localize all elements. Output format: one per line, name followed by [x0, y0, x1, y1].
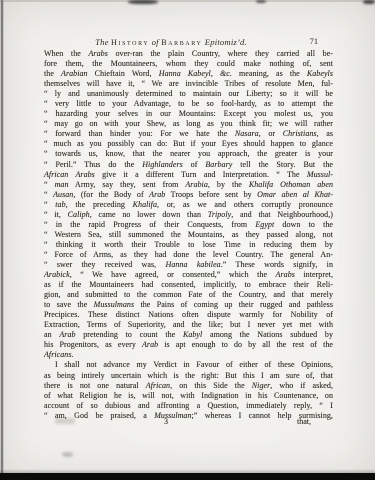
text-line: When the Arabs over-ran the plain Countr…: [44, 49, 333, 59]
scan-left-edge: [1, 0, 3, 480]
text-line: “ man Army, say they, sent from Arabia, …: [44, 180, 333, 190]
scan-smudge: [256, 0, 266, 3]
text-line: “ towards us, know, that the nearer you …: [44, 149, 333, 159]
running-header-title: The History of Barbary Epitomiz’d.: [44, 36, 298, 49]
header-title-segment: The: [95, 37, 111, 47]
scan-bottom-edge: [0, 473, 375, 480]
signature-mark: 3: [164, 416, 168, 427]
text-line: “ tab, the preceding Khalifa, or, as we …: [44, 200, 333, 210]
text-line: “ hazarding your selves in our Mountains…: [44, 109, 333, 119]
text-line: African Arabs give it a different Turn a…: [44, 170, 333, 180]
scanned-book-page: The History of Barbary Epitomiz’d. 71 Wh…: [0, 0, 375, 480]
text-line: fore them, the Mountaineers, whom they c…: [44, 59, 333, 69]
header-title-segment: Epitomiz’d.: [202, 37, 246, 47]
text-line: account of so dubious and affronting a Q…: [44, 401, 333, 411]
text-line: I shall not advance my Verdict in Favour…: [44, 360, 333, 370]
text-line: Extraction, Terms of Superiority, and th…: [44, 320, 333, 330]
footer-line: 3 that,: [44, 416, 333, 427]
text-line: an Arab pretending to count the Kabyl am…: [44, 330, 333, 340]
text-line: Arabick, “ We have agreed, or consented,…: [44, 270, 333, 280]
text-line: “ forward than hinder you: For we hate t…: [44, 129, 333, 139]
page-number: 71: [310, 36, 318, 48]
text-line: “ in the rapid Progress of their Conques…: [44, 220, 333, 230]
text-line: his Progenitors, as every Arab is apt en…: [44, 340, 333, 350]
text-line: “ ly and unanimously determined to maint…: [44, 89, 333, 99]
body-text: When the Arabs over-ran the plain Countr…: [44, 49, 333, 421]
scan-smudge: [62, 452, 73, 457]
running-header: The History of Barbary Epitomiz’d. 71: [44, 36, 332, 48]
text-line: “ much as you possibly can do: But if yo…: [44, 139, 333, 149]
text-line: Precipices. These distinct Nations often…: [44, 310, 333, 320]
text-line: gion, and submitted to the common Fate o…: [44, 290, 333, 300]
text-line: “ Ausan, (for the Body of Arab Troops be…: [44, 190, 333, 200]
text-line: of what Religion he is, will not, with I…: [44, 391, 333, 401]
text-line: themselves will have it, “ We are invinc…: [44, 79, 333, 89]
text-line: “ Force of Arms, as they had done the le…: [44, 250, 333, 260]
text-line: “ very little to your Advantage, to be s…: [44, 99, 333, 109]
text-line: Africans.: [44, 350, 333, 360]
text-line: “ Western Sea, still summoned the Mounta…: [44, 230, 333, 240]
scan-top-edge: [0, 0, 375, 2]
text-line: “ it, Caliph, came no lower down than Tr…: [44, 210, 333, 220]
text-line: there is not one natural African, on thi…: [44, 381, 333, 391]
catchword: that,: [297, 416, 311, 427]
text-line: “ Peril.” Thus do the Highlanders of Bar…: [44, 160, 333, 170]
text-line: the Arabian Chieftain Word, Hanna Kabeyl…: [44, 69, 333, 79]
text-line: to save the Mussulmans the Pains of comi…: [44, 300, 333, 310]
text-line: as if the Mountaineers had consented, im…: [44, 280, 333, 290]
text-line: “ may go on with your Shew, as long as y…: [44, 119, 333, 129]
text-line: as being intirely uncertain which is the…: [44, 371, 333, 381]
header-title-segment: History: [111, 38, 149, 47]
header-title-segment: Barbary: [161, 38, 202, 47]
scan-smudge: [363, 0, 375, 4]
text-line: “ thinking it worth their Trouble to los…: [44, 240, 333, 250]
text-line: “ swer they received was, Hanna kabilea.…: [44, 260, 333, 270]
header-title-segment: of: [149, 37, 161, 47]
scan-smudge: [128, 0, 158, 4]
